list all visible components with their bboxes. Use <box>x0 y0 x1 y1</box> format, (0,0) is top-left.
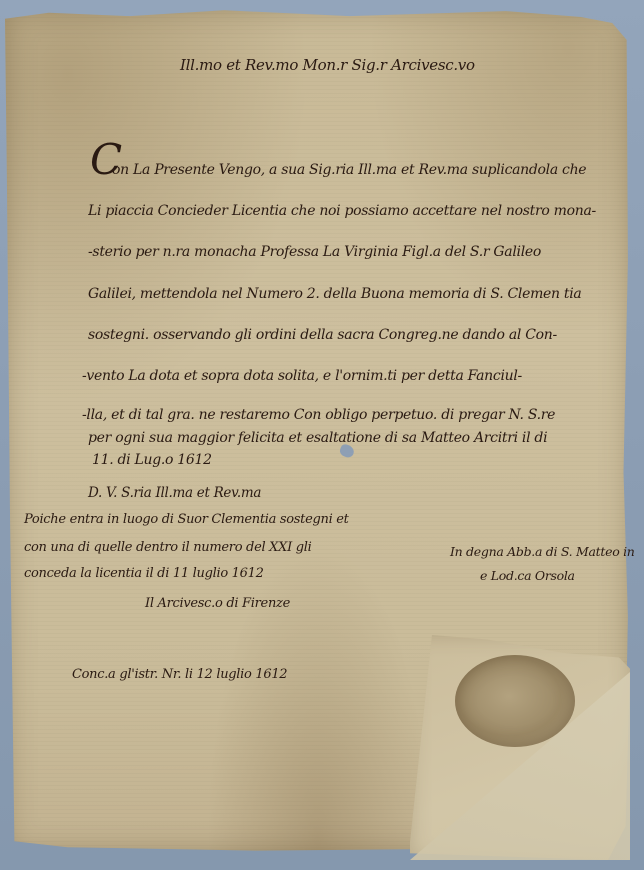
marginal-note-line-2: con una di quelle dentro il numero del X… <box>24 540 311 555</box>
body-line-date: 11. di Lug.o 1612 <box>92 452 637 468</box>
body-line-5: sostegni. osservando gli ordini della sa… <box>88 327 633 343</box>
letter-heading: Ill.mo et Rev.mo Mon.r Sig.r Arcivesc.vo <box>180 56 475 74</box>
marginal-note-line-3: conceda la licentia il di 11 luglio 1612 <box>24 566 264 581</box>
abbess-signature-line-1: In degna Abb.a di S. Matteo in <box>450 544 635 559</box>
body-line-6: -vento La dota et sopra dota solita, e l… <box>82 368 627 384</box>
wax-seal <box>455 655 575 747</box>
abbess-signature-line-2: e Lod.ca Orsola <box>480 568 575 583</box>
body-line-4: Galilei, mettendola nel Numero 2. della … <box>88 286 633 302</box>
closing-salutation: D. V. S.ria Ill.ma et Rev.ma <box>88 485 261 501</box>
body-line-7: -lla, et di tal gra. ne restaremo Con ob… <box>82 407 627 423</box>
endorsement-note: Conc.a gl'istr. Nr. li 12 luglio 1612 <box>72 667 287 682</box>
body-line-3: -sterio per n.ra monacha Professa La Vir… <box>88 244 633 260</box>
body-line-8: per ogni sua maggior felicita et esaltat… <box>88 430 633 446</box>
body-line-1: on La Presente Vengo, a sua Sig.ria Ill.… <box>112 162 644 178</box>
marginal-note-line-1: Poiche entra in luogo di Suor Clementia … <box>24 512 349 527</box>
body-line-2: Li piaccia Concieder Licentia che noi po… <box>88 203 633 219</box>
archbishop-signature: Il Arcivesc.o di Firenze <box>145 596 290 611</box>
